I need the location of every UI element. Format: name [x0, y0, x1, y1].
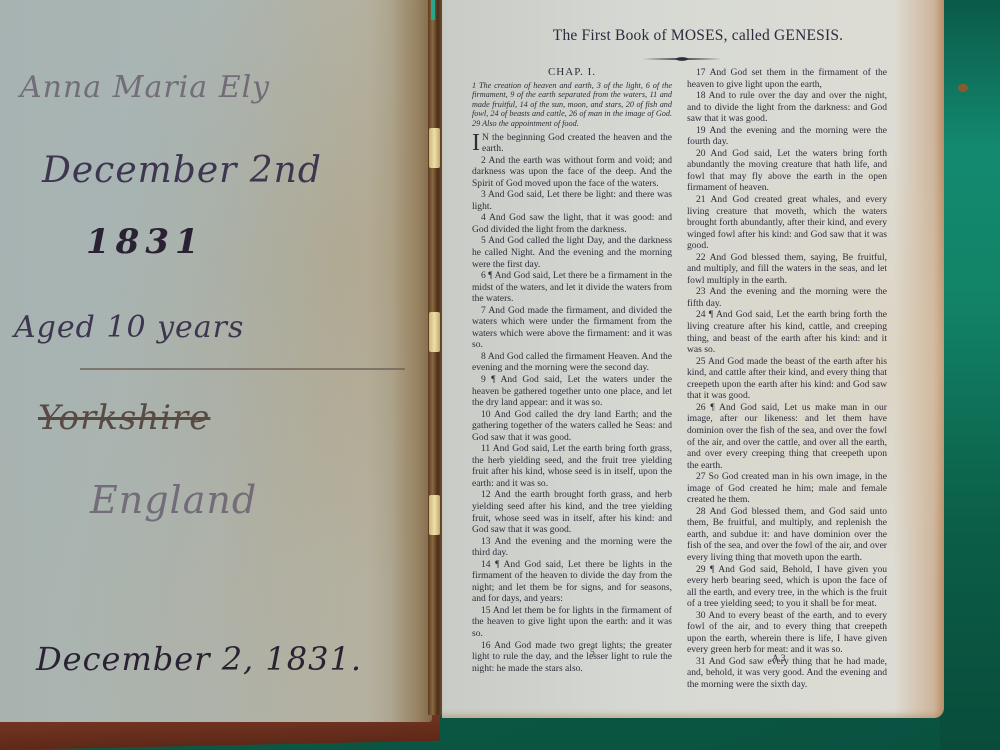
verse: 18 And to rule over the day and over the… [687, 90, 887, 125]
verse: 7 And God made the firmament, and divide… [472, 305, 672, 351]
verse: 4 And God saw the light, that it was goo… [472, 212, 672, 235]
verse: 16 And God made two great lights; the gr… [472, 640, 672, 675]
verse: 31 And God saw every thing that he had m… [687, 656, 887, 691]
verse: 3 And God said, Let there be light: and … [472, 189, 672, 212]
bookmark-thread [431, 0, 435, 20]
verse: 10 And God called the dry land Earth; an… [472, 409, 672, 444]
verse: 6 ¶ And God said, Let there be a firmame… [472, 270, 672, 305]
page-number: 5 [590, 648, 595, 658]
page-stain [392, 0, 432, 722]
verse: 27 So God created man in his own image, … [687, 471, 887, 506]
verse: 25 And God made the beast of the earth a… [687, 356, 887, 402]
binding-stitch [429, 312, 440, 352]
verse: 15 And let them be for lights in the fir… [472, 605, 672, 640]
chapter-summary: 1 The creation of heaven and earth, 3 of… [472, 81, 672, 129]
felt-fold [940, 0, 1000, 750]
binding-stitch [429, 495, 440, 535]
verse: 11 And God said, Let the earth bring for… [472, 443, 672, 489]
verse: 8 And God called the firmament Heaven. A… [472, 351, 672, 374]
inscription-country: England [90, 478, 257, 522]
underline-rule [80, 368, 405, 370]
inscription-age: Aged 10 years [14, 310, 244, 345]
verse: 29 ¶ And God said, Behold, I have given … [687, 564, 887, 610]
verse: 19 And the evening and the morning were … [687, 125, 887, 148]
verse: 5 And God called the light Day, and the … [472, 235, 672, 270]
ornament-rule-icon [642, 56, 722, 62]
inscription-struck-place: Yorkshire [38, 398, 210, 438]
verse: 9 ¶ And God said, Let the waters under t… [472, 374, 672, 409]
debris-speck [958, 84, 968, 92]
binding-stitch [429, 128, 440, 168]
signature-mark: A 3 [772, 654, 785, 664]
text-column-right: 17 And God set them in the firmament of … [687, 67, 887, 691]
printed-page-genesis: The First Book of MOSES, called GENESIS.… [442, 0, 944, 718]
text-column-left: CHAP. I. 1 The creation of heaven and ea… [472, 67, 672, 674]
verse: 12 And the earth brought forth grass, an… [472, 489, 672, 535]
inscription-date: December 2nd [42, 150, 322, 191]
running-head: The First Book of MOSES, called GENESIS. [528, 27, 868, 45]
verse: N the beginning God created the heaven a… [482, 132, 672, 155]
inscription-footer-date: December 2, 1831. [36, 640, 362, 678]
drop-cap: I [472, 133, 480, 153]
chapter-heading: CHAP. I. [472, 67, 672, 79]
verse: 14 ¶ And God said, Let there be lights i… [472, 559, 672, 605]
verse: 23 And the evening and the morning were … [687, 286, 887, 309]
verse: 13 And the evening and the morning were … [472, 536, 672, 559]
verse: 21 And God created great whales, and eve… [687, 194, 887, 252]
inscription-name: Anna Maria Ely [20, 70, 270, 105]
verse: 24 ¶ And God said, Let the earth bring f… [687, 309, 887, 355]
verse: 2 And the earth was without form and voi… [472, 155, 672, 190]
verse: 28 And God blessed them, and God said un… [687, 506, 887, 564]
verse: 26 ¶ And God said, Let us make man in ou… [687, 402, 887, 471]
verse: 17 And God set them in the firmament of … [687, 67, 887, 90]
inscription-year: 1831 [86, 222, 205, 262]
endpaper-left: Anna Maria Ely December 2nd 1831 Aged 10… [0, 0, 432, 722]
verse: 30 And to every beast of the earth, and … [687, 610, 887, 656]
verse: 20 And God said, Let the waters bring fo… [687, 148, 887, 194]
verse: 22 And God blessed them, saying, Be frui… [687, 252, 887, 287]
